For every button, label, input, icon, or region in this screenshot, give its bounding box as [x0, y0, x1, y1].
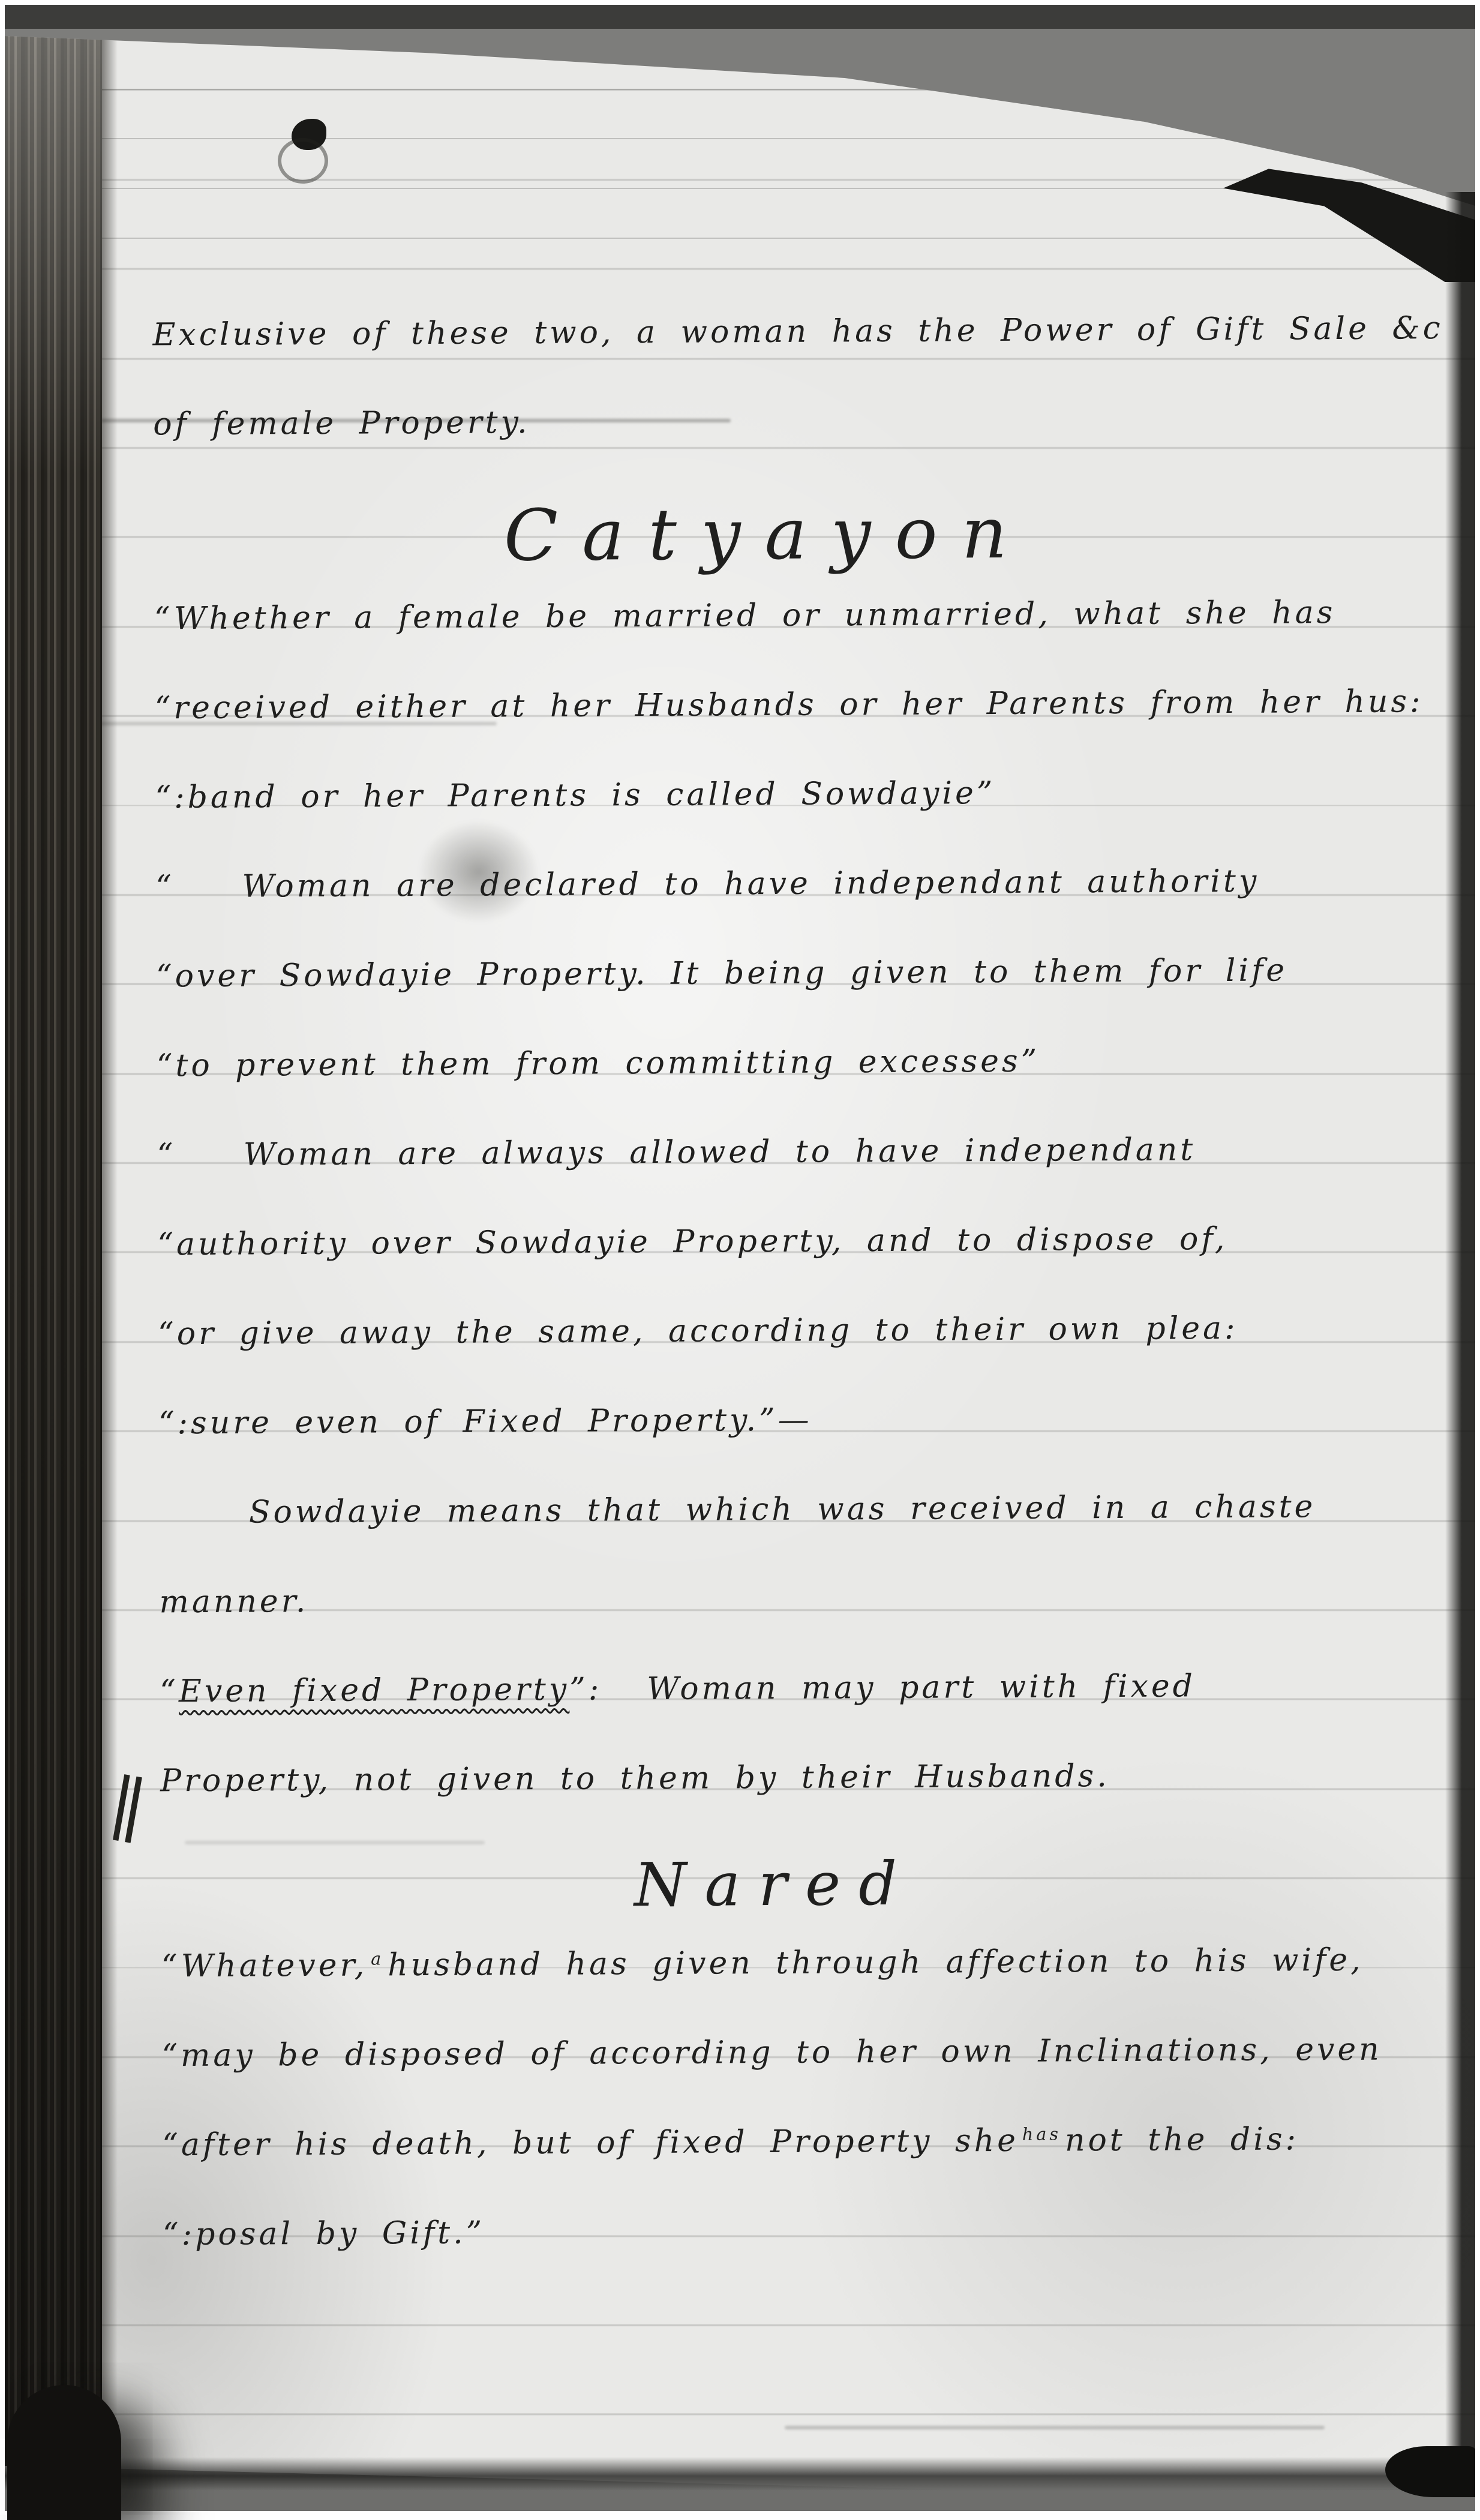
text-segment: a — [371, 1948, 384, 1969]
line-catyayon-3: “:band or her Parents is called Sowdayie… — [155, 773, 1383, 869]
text-segment: “ — [160, 1673, 179, 1709]
text-segment: Catyayon — [503, 491, 1031, 577]
text-segment: “ Woman are always allowed to have indep… — [157, 1132, 1196, 1173]
text-segment: Nared — [634, 1849, 915, 1920]
text-segment: “after his death, but of fixed Property … — [162, 2123, 1019, 2163]
thumb-shadow — [7, 2385, 121, 2520]
line-catyayon-2: “received either at her Husbands or her … — [155, 684, 1383, 780]
manuscript-paper: ∥ Exclusive of these two, a woman has th… — [5, 5, 1475, 2511]
text-segment: Property, not given to them by their Hus… — [160, 1758, 1110, 1799]
text-segment: “to prevent them from committing excesse… — [157, 1043, 1040, 1084]
book-binding-gutter — [5, 32, 102, 2490]
text-segment: “received either at her Husbands or her … — [155, 683, 1424, 726]
line-declared-3: “to prevent them from committing excesse… — [157, 1042, 1385, 1138]
line-intro-1: Exclusive of these two, a woman has the … — [152, 311, 1380, 407]
line-allowed-3: “or give away the same, according to the… — [158, 1310, 1386, 1406]
text-segment: husband has given through affection to h… — [388, 1942, 1364, 1984]
text-segment: “over Sowdayie Property. It being given … — [156, 952, 1287, 994]
line-intro-2: of female Property. — [153, 400, 1381, 496]
text-segment: manner. — [159, 1583, 308, 1620]
ruled-line — [5, 238, 1475, 239]
line-nared-1: “Whatever,ahusband has given through aff… — [161, 1942, 1389, 2038]
heading-catyayon: Catyayon — [154, 490, 1382, 601]
scan-top-edge — [5, 5, 1475, 29]
text-segment: “or give away the same, according to the… — [158, 1310, 1238, 1352]
text-segment: “authority over Sowdayie Property, and t… — [157, 1221, 1227, 1262]
handwritten-text-block: Exclusive of these two, a woman has the … — [152, 311, 1390, 2306]
line-nared-2: “may be disposed of according to her own… — [161, 2032, 1389, 2128]
text-segment: “:sure even of Fixed Property.”— — [158, 1402, 812, 1442]
text-segment: not the dis: — [1065, 2121, 1299, 2158]
line-sowdayie-means-2: manner. — [159, 1578, 1387, 1674]
line-allowed-2: “authority over Sowdayie Property, and t… — [157, 1220, 1385, 1316]
text-segment: Even fixed Property — [179, 1672, 570, 1709]
heading-nared: Nared — [161, 1846, 1389, 1949]
text-segment: “ Woman are declared to have independant… — [155, 863, 1259, 905]
line-sowdayie-means-1: Sowdayie means that which was received i… — [159, 1489, 1387, 1585]
line-allowed-1: “ Woman are always allowed to have indep… — [157, 1131, 1385, 1227]
scuff-mark — [785, 2426, 1325, 2429]
text-segment: of female Property. — [153, 404, 530, 442]
ink-blot-ring — [278, 138, 328, 184]
line-nared-3: “after his death, but of fixed Property … — [162, 2121, 1390, 2217]
line-nared-4: “:posal by Gift.” — [163, 2210, 1391, 2306]
line-even-fixed-2: Property, not given to them by their Hus… — [160, 1757, 1388, 1853]
page-edge-shadow-right — [1445, 192, 1475, 2511]
text-segment: “:posal by Gift.” — [163, 2215, 485, 2253]
line-declared-2: “over Sowdayie Property. It being given … — [156, 952, 1384, 1048]
bottom-shadow — [5, 2457, 1475, 2511]
text-segment: “may be disposed of according to her own… — [161, 2032, 1382, 2074]
line-catyayon-1: “Whether a female be married or unmarrie… — [154, 595, 1382, 691]
text-segment: “Whatever, — [161, 1948, 368, 1985]
line-even-fixed-1: “Even fixed Property”: Woman may part wi… — [160, 1667, 1388, 1763]
line-allowed-4: “:sure even of Fixed Property.”— — [158, 1399, 1386, 1495]
line-declared-1: “ Woman are declared to have independant… — [155, 863, 1383, 959]
text-segment: “:band or her Parents is called Sowdayie… — [155, 775, 995, 815]
text-segment: has — [1022, 2123, 1061, 2144]
text-segment: “Whether a female be married or unmarrie… — [154, 595, 1336, 637]
text-segment: ”: Woman may part with fixed — [569, 1668, 1196, 1707]
scanned-manuscript-page: ∥ Exclusive of these two, a woman has th… — [0, 0, 1480, 2520]
text-segment: Exclusive of these two, a woman has the … — [152, 310, 1443, 353]
text-segment: Sowdayie means that which was received i… — [159, 1489, 1316, 1531]
